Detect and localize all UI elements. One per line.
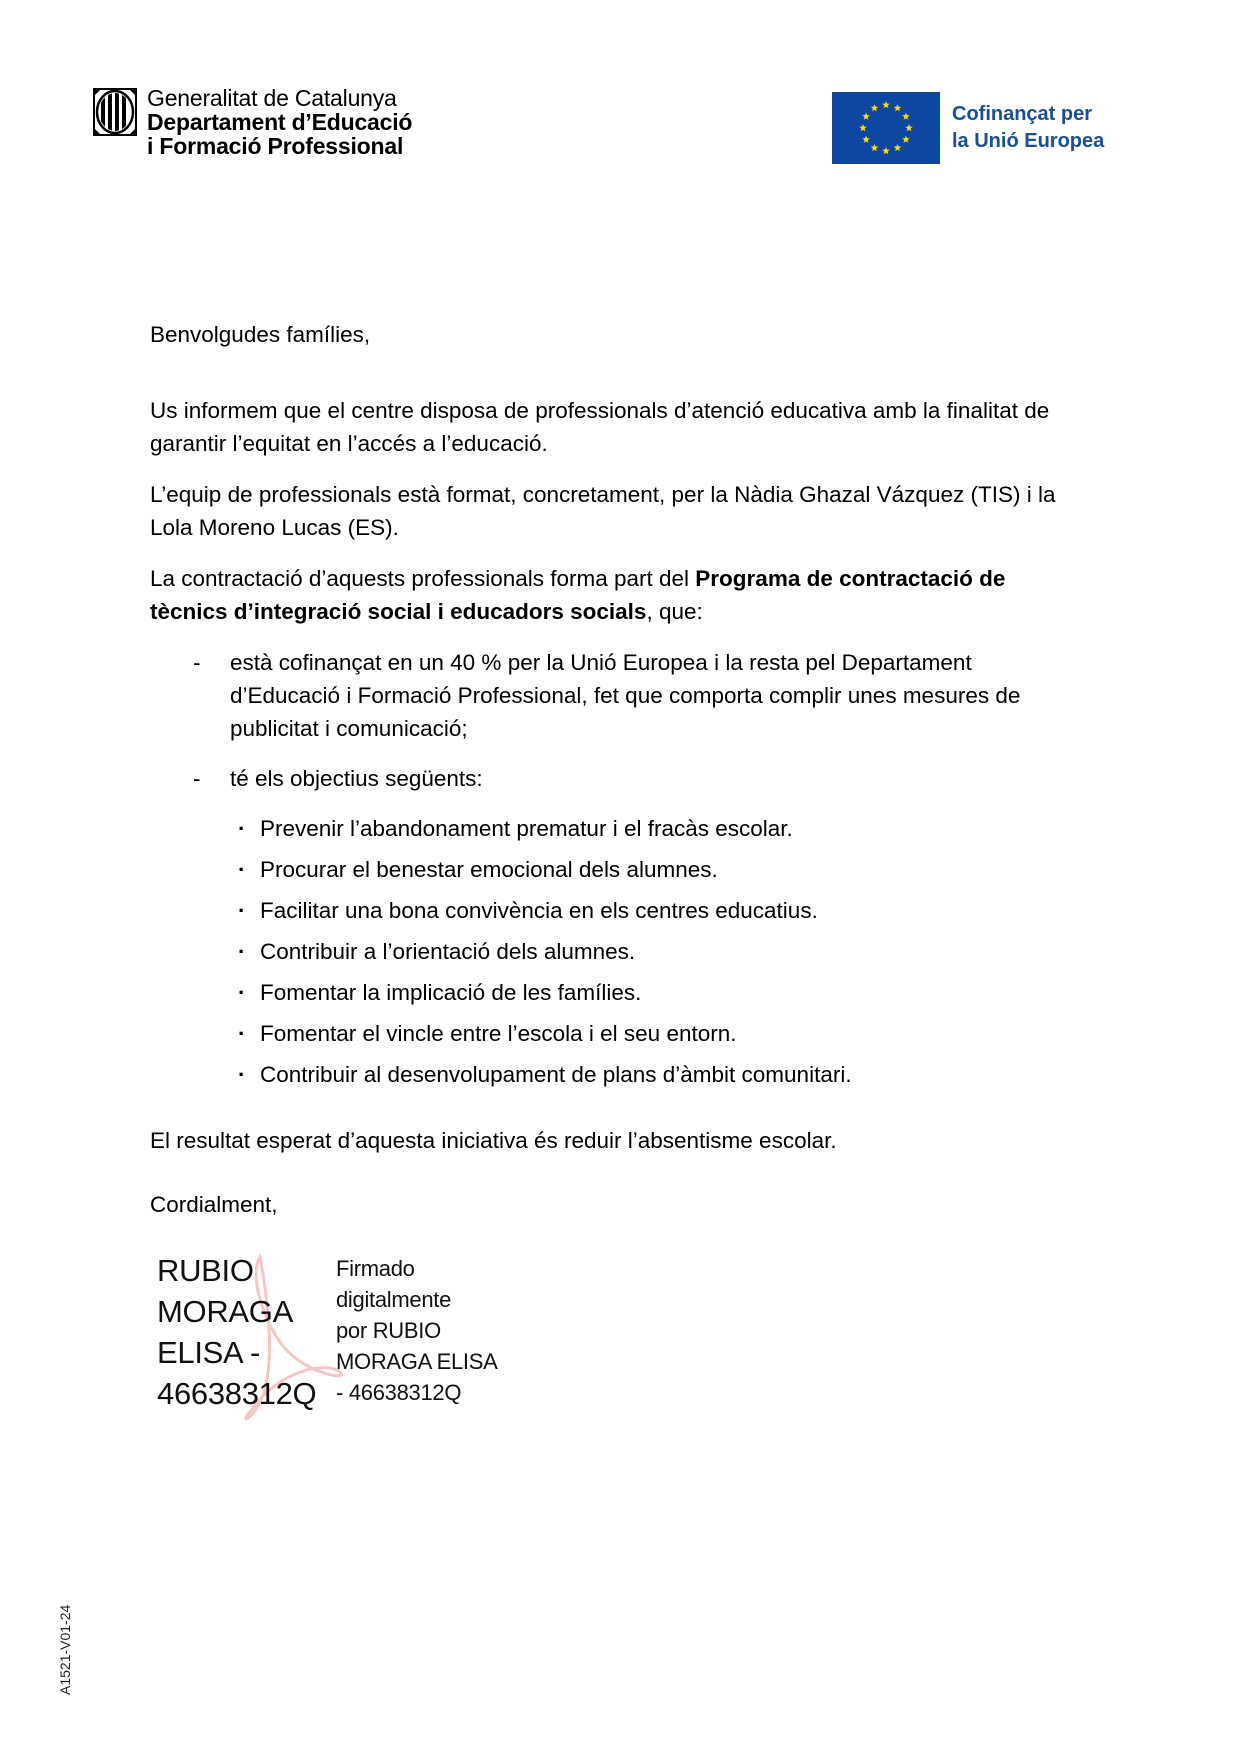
generalitat-logo: Generalitat de Catalunya Departament d’E… (93, 86, 412, 158)
closing: Cordialment, (150, 1188, 1080, 1221)
paragraph-program: La contractació d’aquests professionals … (150, 562, 1080, 628)
digital-signature-note: Firmado digitalmente por RUBIO MORAGA EL… (336, 1253, 497, 1408)
objective-text: Fomentar la implicació de les famílies. (260, 976, 1080, 1009)
bullet-dot-icon: · (238, 853, 246, 886)
senyera-emblem-icon (93, 88, 137, 136)
program-suffix: , que: (646, 599, 702, 624)
objective-text: Procurar el benestar emocional dels alum… (260, 853, 1080, 886)
eu-cofinancing-logo: Cofinançat per la Unió Europea (832, 92, 1104, 164)
paragraph-team: L’equip de professionals està format, co… (150, 478, 1080, 544)
signer-name-line: 46638312Q (157, 1373, 316, 1414)
objective-text: Fomentar el vincle entre l’escola i el s… (260, 1017, 1080, 1050)
signer-name-line: RUBIO (157, 1250, 316, 1291)
signer-name-line: MORAGA (157, 1291, 316, 1332)
program-prefix: La contractació d’aquests professionals … (150, 566, 695, 591)
dash-item-text: està cofinançat en un 40 % per la Unió E… (230, 646, 1080, 745)
bullet-dot-icon: · (238, 976, 246, 1009)
dash-bullet-icon: - (193, 762, 201, 795)
signer-name-line: ELISA - (157, 1332, 316, 1373)
document-code: A1521-V01-24 (57, 1605, 73, 1695)
signature-note-line: - 46638312Q (336, 1377, 497, 1408)
paragraph-intro: Us informem que el centre disposa de pro… (150, 394, 1080, 460)
objective-text: Contribuir al desenvolupament de plans d… (260, 1058, 1080, 1091)
objective-text: Facilitar una bona convivència en els ce… (260, 894, 1080, 927)
eu-text-line1: Cofinançat per (952, 101, 1104, 128)
department-name-line2: i Formació Professional (147, 134, 412, 158)
department-name-line1: Departament d’Educació (147, 110, 412, 134)
bullet-dot-icon: · (238, 1058, 246, 1091)
dash-item-text: té els objectius següents: (230, 762, 1080, 795)
objective-text: Contribuir a l’orientació dels alumnes. (260, 935, 1080, 968)
greeting: Benvolgudes famílies, (150, 318, 1080, 351)
signature-note-line: digitalmente (336, 1284, 497, 1315)
signature-note-line: MORAGA ELISA (336, 1346, 497, 1377)
signer-name-block: RUBIO MORAGA ELISA - 46638312Q (157, 1250, 316, 1414)
paragraph-result: El resultat esperat d’aquesta iniciativa… (150, 1124, 1080, 1157)
eu-text-line2: la Unió Europea (952, 128, 1104, 155)
eu-flag-icon (832, 92, 940, 164)
bullet-dot-icon: · (238, 894, 246, 927)
objective-text: Prevenir l’abandonament prematur i el fr… (260, 812, 1080, 845)
bullet-dot-icon: · (238, 812, 246, 845)
signature-note-line: Firmado (336, 1253, 497, 1284)
bullet-dot-icon: · (238, 935, 246, 968)
generalitat-name: Generalitat de Catalunya (147, 86, 412, 110)
signature-note-line: por RUBIO (336, 1315, 497, 1346)
bullet-dot-icon: · (238, 1017, 246, 1050)
dash-bullet-icon: - (193, 646, 201, 679)
